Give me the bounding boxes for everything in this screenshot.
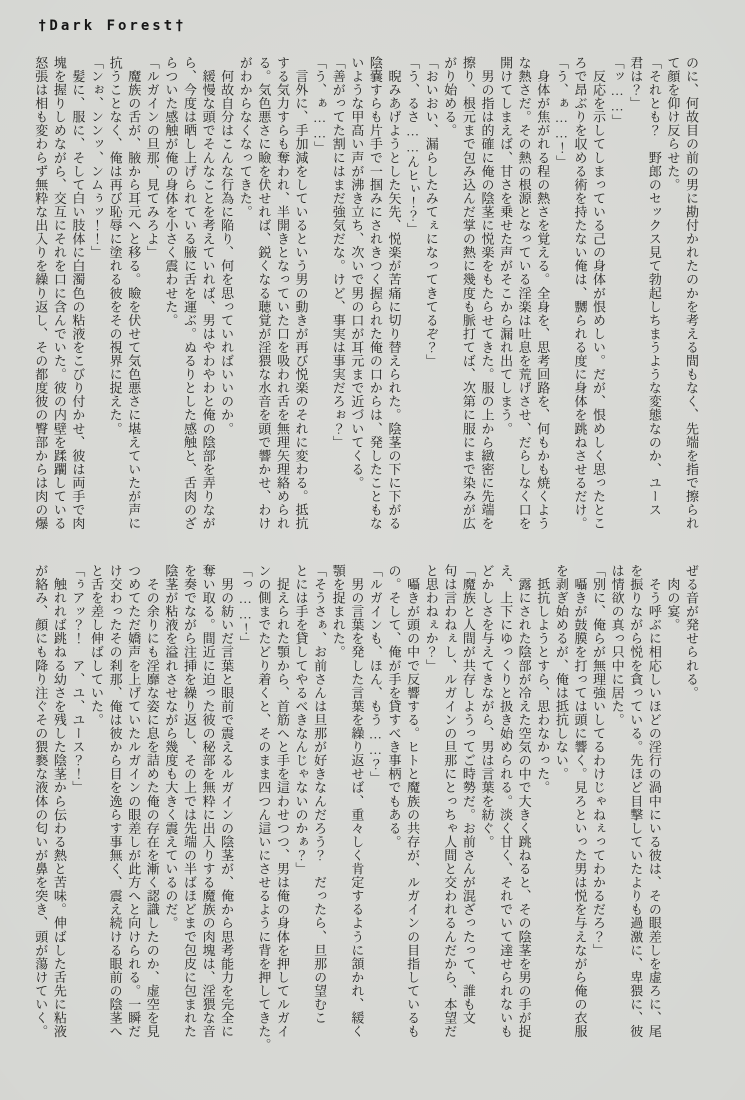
text-column: 怒張は相も変わらず無粋な出入りを繰り返し、その都度彼の臀部からは肉の爆 — [31, 56, 50, 566]
text-column: の。そして、俺が手を貸すべき事柄でもある。 — [384, 564, 403, 1074]
text-column: 開けてしまえば、甘さを乗せた声がそこから漏れ出てしまう。 — [495, 56, 514, 566]
text-column: ろで昂ぶりを収める術を持たない俺は、嬲られる度に身体を跳ねさせるだけ。 — [570, 56, 589, 566]
text-column: 身体が焦がれる程の熱さを覚える。全身を、思考回路を、何もかも焼くよう — [533, 56, 552, 566]
text-column: え、上下にゆっくりと扱き始められる。淡く甘く、それでいて達せられないも — [495, 564, 514, 1074]
text-column: 塊を握りしめながら、交互にそれを口に含んでいた。彼の内壁を蹂躙している — [49, 56, 68, 566]
text-column: を振りながら悦を貪っている。先ほど目撃していたよりも過激に、卑猥に、彼 — [626, 564, 645, 1074]
text-column: 「ルガインも、ほん、もう……？」 — [365, 564, 384, 1074]
text-column: 「う、ぁ……」 — [310, 56, 329, 566]
text-column: 「ルガインの旦那、見てみろよ」 — [142, 56, 161, 566]
text-column: その余りにも淫靡な姿に息を詰めた俺の存在を漸く認識したのか、虚空を見 — [142, 564, 161, 1074]
text-column: どかしさを与えてきながら、男は言葉を紡ぐ。 — [477, 564, 496, 1074]
text-column: は情欲の真っ只中に居た。 — [607, 564, 626, 1074]
text-column: 反応を示してしまっている己の身体が恨めしい。だが、恨めしく思ったとこ — [588, 56, 607, 566]
text-column: と舌を差し伸ばしていた。 — [86, 564, 105, 1074]
text-column: 「う、るさ……んヒぃ！？」 — [403, 56, 422, 566]
text-column: 「魔族と人間が共存しようってご時勢だ。お前さんが混ざったって、誰も文 — [458, 564, 477, 1074]
text-column: する気力すらも奪われ、半開きとなっていた口を吸われ舌を無理矢理絡められ — [272, 56, 291, 566]
text-column: 奪い取る。間近に迫った彼の秘部を無粋に出入りする魔族の肉塊は、淫猥な音 — [198, 564, 217, 1074]
text-column: ンの側までたどり着くと、そのまま四つん這いにさせるように背を押してきた。 — [254, 564, 273, 1074]
text-column: 肉の宴。 — [663, 564, 682, 1074]
text-block-bottom: ぜる音が発せられる。 肉の宴。 そう呼ぶに相応しいほどの淫行の渦中にいる彼は、そ… — [31, 564, 700, 1074]
text-column: とには手を貸してやるべきなんじゃないのかぁ？」 — [291, 564, 310, 1074]
text-column: 「ッ……」 — [607, 56, 626, 566]
text-column: 露にされた陰部が冷えた空気の中で大きく跳ねると、その陰茎を男の手が捉 — [514, 564, 533, 1074]
text-column: そう呼ぶに相応しいほどの淫行の渦中にいる彼は、その眼差しを虚ろに、尾 — [644, 564, 663, 1074]
text-column: 陰茎が粘液を溢れさせながら幾度も大きく震えているのだ。 — [161, 564, 180, 1074]
page-title: †Dark Forest† — [38, 18, 187, 34]
text-column: 陰嚢すらも片手で一掴みにされきつく握られた俺の口からは、発したこともな — [365, 56, 384, 566]
text-column: のに、何故目の前の男に勘付かれたのかを考える間もなく、先端を指で擦られ — [681, 56, 700, 566]
text-column: 「ぅアッ？！ ア、ユ、ユース？！」 — [68, 564, 87, 1074]
text-column: 「っ……！」 — [235, 564, 254, 1074]
text-column: 抗うことなく、俺は再び恥辱に塗れる彼をその視界に捉えた。 — [105, 56, 124, 566]
text-column: 「ンぉ、ンンッ、ンムぅッ！！」 — [86, 56, 105, 566]
text-block-top: のに、何故目の前の男に勘付かれたのかを考える間もなく、先端を指で擦られて顔を仰け… — [31, 56, 700, 566]
text-column: 「善がってた割にはまだ強気だな。けど、事実は事実だろぉ？」 — [328, 56, 347, 566]
text-column: と思わねぇか？」 — [421, 564, 440, 1074]
text-column: 「別に、俺らが無理強いしてるわけじゃねぇってわかるだろ？」 — [588, 564, 607, 1074]
text-column: いような甲高い声が沸き立ち、次いで男の口が耳元まで近づいてくる。 — [347, 56, 366, 566]
text-column: 男の紡いだ言葉と眼前で震えるルガインの陰茎が、俺から思考能力を完全に — [217, 564, 236, 1074]
text-column: 擦り、根元まで包み込んだ掌の熱に幾度も脈打てば、次第に服にまで染みが広 — [458, 56, 477, 566]
text-column: け交わったその刹那、俺は彼から目を逸らす事無く、震え続ける眼前の陰茎へ — [105, 564, 124, 1074]
text-column: 緩慢な頭でそんなことを考えていれば、男はやわやわと俺の陰部を弄りなが — [198, 56, 217, 566]
text-column: がり始める。 — [440, 56, 459, 566]
text-column: 言外に、手加減をしているという男の動きが再び悦楽のそれに変わる。抵抗 — [291, 56, 310, 566]
text-column: 囁きが鼓膜を打っては頭に響く。見ろといった男は悦を与えながら俺の衣服 — [570, 564, 589, 1074]
text-column: 睨みあげようとした矢先、悦楽が苦痛に切り替えられた。陰茎の下に下がる — [384, 56, 403, 566]
text-column: 君は？」 — [626, 56, 645, 566]
text-column: ぜる音が発せられる。 — [681, 564, 700, 1074]
text-column: 捉えられた顎から、首筋へと手を這わせつつ、男は俺の身体を押してルガイ — [272, 564, 291, 1074]
text-column: 魔族の舌が、腋から耳元へと移る。瞼を伏せて気色悪さに堪えていたが声に — [124, 56, 143, 566]
text-column: 「それとも？ 野郎のセックス見て勃起しちまうような変態なのか、ユース — [644, 56, 663, 566]
text-column: 「そうさぁ、お前さんは旦那が好きなんだろう？ だったら、旦那の望むこ — [310, 564, 329, 1074]
text-column: つめてただ嬌声を上げていたルガインの眼差しが此方へと向けられる。一瞬だ — [124, 564, 143, 1074]
text-column: 「おいおい、漏らしたみてぇになってきてるぞ？」 — [421, 56, 440, 566]
text-column: 抵抗しようとすら、思わなかった。 — [533, 564, 552, 1074]
text-column: ら、今度は晒し上げられている腋に舌を運ぶ。ぬるりとした感触と、舌肉のざ — [179, 56, 198, 566]
text-column: る。気色悪さに瞼を伏せれば、鋭くなる聴覚が淫猥な水音を頭で響かせ、わけ — [254, 56, 273, 566]
text-column: 「う、ぁ……！」 — [551, 56, 570, 566]
text-column: 囁きが頭の中で反響する。ヒトと魔族の共存が、ルガインの目指しているも — [403, 564, 422, 1074]
text-column: な熱さだ。その熱の根源となっている淫楽は吐息を荒げさせ、だらしなく口を — [514, 56, 533, 566]
text-column: 句は言わねぇし、ルガインの旦那にとっちゃ人間と交われるんだから、本望だ — [440, 564, 459, 1074]
text-column: 髪に、服に、そして白い肢体に白濁色の粘液をこびり付かせ、彼は両手で肉 — [68, 56, 87, 566]
text-column: 何故自分はこんな行為に陥り、何を思っていればいいのか。 — [217, 56, 236, 566]
text-column: を奏でながら注挿を繰り返し、その上では先端の半ばほどまで包皮に包まれた — [179, 564, 198, 1074]
text-column: を剥ぎ始めるが、俺は抵抗しない。 — [551, 564, 570, 1074]
text-column: 男の指は的確に俺の陰茎に悦楽をもたらせてきた。服の上から緻密に先端を — [477, 56, 496, 566]
text-column: て顔を仰け反らせた。 — [663, 56, 682, 566]
text-column: 男の言葉を発した言葉を繰り返せば、重々しく肯定するように頷かれ、緩く — [347, 564, 366, 1074]
text-column: が絡み、顔にも降り注ぐその猥褻な液体の匂いが鼻を突き、頭が蕩けていく。 — [31, 564, 50, 1074]
text-column: 触れれば跳ねる幼さを残した陰茎から伝わる熱と苦味。伸ばした舌先に粘液 — [49, 564, 68, 1074]
text-column: がわからなくなってきた。 — [235, 56, 254, 566]
text-column: らついた感触が俺の身体を小さく震わせた。 — [161, 56, 180, 566]
text-column: 顎を捉まれた。 — [328, 564, 347, 1074]
